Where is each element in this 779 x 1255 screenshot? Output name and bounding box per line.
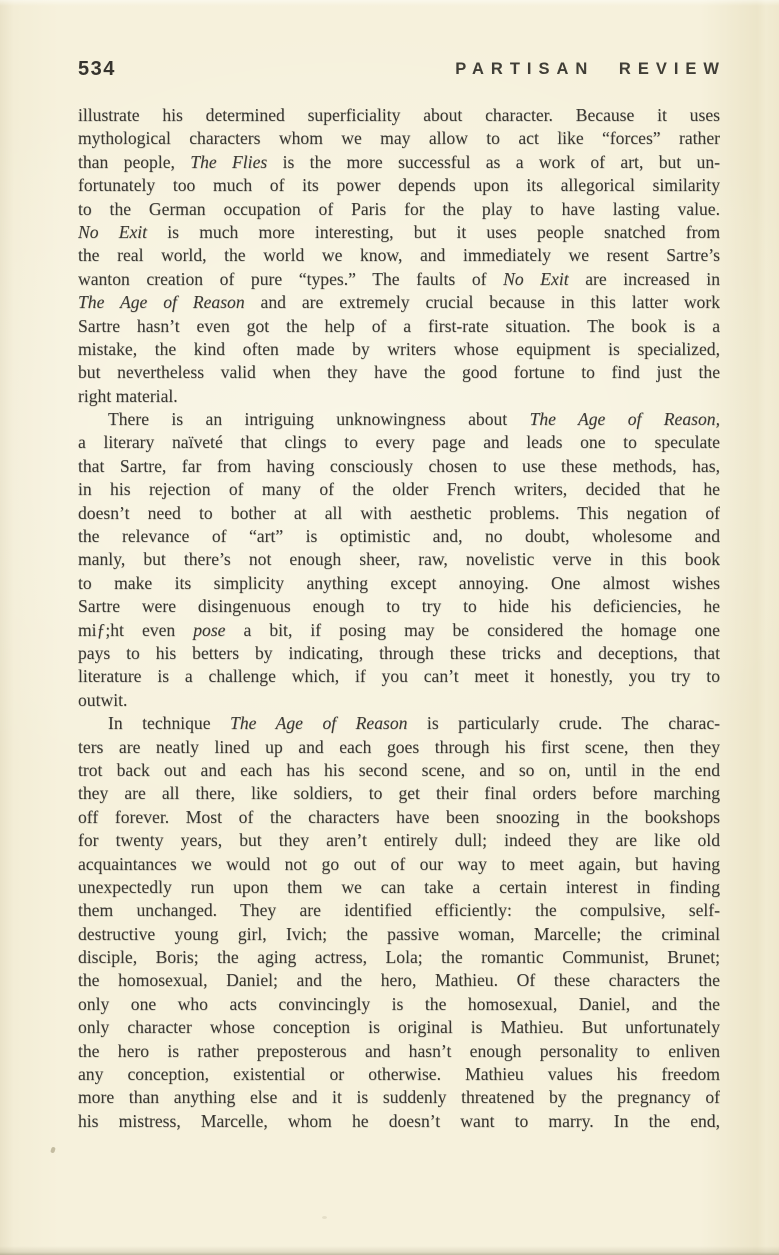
body-text: fortunately too much of its power depend… xyxy=(78,175,720,195)
text-line: to the German occupation of Paris for th… xyxy=(78,198,720,221)
body-text: right material. xyxy=(78,386,178,406)
body-text: they are all there, like soldiers, to ge… xyxy=(78,783,720,803)
body-text: a literary naïveté that clings to every … xyxy=(78,432,720,452)
text-line: The Age of Reason and are extremely cruc… xyxy=(78,291,720,314)
italic-text: pose xyxy=(193,620,225,640)
text-line: they are all there, like soldiers, to ge… xyxy=(78,782,720,805)
text-line: mythological characters whom we may allo… xyxy=(78,127,720,150)
text-line: illustrate his determined superficiality… xyxy=(78,104,720,127)
text-line: literature is a challenge which, if you … xyxy=(78,665,720,688)
journal-title: PARTISAN REVIEW xyxy=(455,60,726,79)
body-text: literature is a challenge which, if you … xyxy=(78,666,720,686)
body-text: pays to his betters by indicating, throu… xyxy=(78,643,720,663)
text-line: disciple, Boris; the aging actress, Lola… xyxy=(78,946,720,969)
text-line: Sartre were disingenuous enough to try t… xyxy=(78,595,720,618)
body-text: is the more successful as a work of art,… xyxy=(267,152,720,172)
text-line: mistake, the kind often made by writers … xyxy=(78,338,720,361)
text-line: destructive young girl, Ivich; the passi… xyxy=(78,923,720,946)
text-line: ters are neatly lined up and each goes t… xyxy=(78,736,720,759)
text-line: manly, but there’s not enough sheer, raw… xyxy=(78,548,720,571)
text-line: unexpectedly run upon them we can take a… xyxy=(78,876,720,899)
italic-text: No Exit xyxy=(78,222,147,242)
body-text: any conception, existential or otherwise… xyxy=(78,1064,720,1084)
text-line: the hero is rather preposterous and hasn… xyxy=(78,1040,720,1063)
body-text: disciple, Boris; the aging actress, Lola… xyxy=(78,947,720,967)
text-line: that Sartre, far from having consciously… xyxy=(78,455,720,478)
text-line: only character whose conception is origi… xyxy=(78,1016,720,1039)
body-text: trot back out and each has his second sc… xyxy=(78,760,720,780)
text-line: miƒ;ht even pose a bit, if posing may be… xyxy=(78,619,720,642)
body-text: outwit. xyxy=(78,690,127,710)
body-text: the real world, the world we know, and i… xyxy=(78,245,720,265)
text-line: but nevertheless valid when they have th… xyxy=(78,361,720,384)
body-text: is much more interesting, but it uses pe… xyxy=(147,222,720,242)
body-text: wanton creation of pure “types.” The fau… xyxy=(78,269,503,289)
text-line: doesn’t need to bother at all with aesth… xyxy=(78,502,720,525)
body-text: is particularly crude. The charac- xyxy=(407,713,720,733)
body-text: and are extremely crucial because in thi… xyxy=(245,292,720,312)
text-line: only one who acts convincingly is the ho… xyxy=(78,993,720,1016)
text-line: right material. xyxy=(78,385,720,408)
body-text: off forever. Most of the characters have… xyxy=(78,807,720,827)
text-line: in his rejection of many of the older Fr… xyxy=(78,478,720,501)
text-line: his mistress, Marcelle, whom he doesn’t … xyxy=(78,1110,720,1133)
text-line: outwit. xyxy=(78,689,720,712)
text-line: the relevance of “art” is optimistic and… xyxy=(78,525,720,548)
body-text: them unchanged. They are identified effi… xyxy=(78,900,720,920)
body-text: to make its simplicity anything except a… xyxy=(78,573,720,593)
body-text: in his rejection of many of the older Fr… xyxy=(78,479,720,499)
text-line: fortunately too much of its power depend… xyxy=(78,174,720,197)
text-line: them unchanged. They are identified effi… xyxy=(78,899,720,922)
page-header: 534 PARTISAN REVIEW xyxy=(78,58,720,84)
body-text: acquaintances we would not go out of our… xyxy=(78,854,720,874)
body-text: are increased in xyxy=(569,269,720,289)
body-text: ters are neatly lined up and each goes t… xyxy=(78,737,720,757)
body-text: only character whose conception is origi… xyxy=(78,1017,720,1037)
body-text: unexpectedly run upon them we can take a… xyxy=(78,877,720,897)
body-text: doesn’t need to bother at all with aesth… xyxy=(78,503,720,523)
body-text: than people, xyxy=(78,152,190,172)
text-line: more than anything else and it is sudden… xyxy=(78,1086,720,1109)
text-line: any conception, existential or otherwise… xyxy=(78,1063,720,1086)
italic-text: No Exit xyxy=(503,269,568,289)
text-line: the homosexual, Daniel; and the hero, Ma… xyxy=(78,969,720,992)
text-line: off forever. Most of the characters have… xyxy=(78,806,720,829)
text-line: the real world, the world we know, and i… xyxy=(78,244,720,267)
body-text: his mistress, Marcelle, whom he doesn’t … xyxy=(78,1111,720,1131)
body-text: mistake, the kind often made by writers … xyxy=(78,339,720,359)
text-line: acquaintances we would not go out of our… xyxy=(78,853,720,876)
body-text: a bit, if posing may be considered the h… xyxy=(225,620,720,640)
text-line: than people, The Flies is the more succe… xyxy=(78,151,720,174)
body-text: manly, but there’s not enough sheer, raw… xyxy=(78,549,720,569)
body-text: There is an intriguing unknowingness abo… xyxy=(108,409,530,429)
italic-text: The Age of Reason xyxy=(230,713,407,733)
body-text: mythological characters whom we may allo… xyxy=(78,128,720,148)
italic-text: The Flies xyxy=(190,152,267,172)
body-text: only one who acts convincingly is the ho… xyxy=(78,994,720,1014)
text-line: to make its simplicity anything except a… xyxy=(78,572,720,595)
body-text: In technique xyxy=(108,713,230,733)
text-line: Sartre hasn’t even got the help of a fir… xyxy=(78,315,720,338)
text-line: wanton creation of pure “types.” The fau… xyxy=(78,268,720,291)
text-line: In technique The Age of Reason is partic… xyxy=(78,712,720,735)
text-line: a literary naïveté that clings to every … xyxy=(78,431,720,454)
text-line: There is an intriguing unknowingness abo… xyxy=(78,408,720,431)
body-text: for twenty years, but they aren’t entire… xyxy=(78,830,720,850)
body-text: Sartre were disingenuous enough to try t… xyxy=(78,596,720,616)
text-line: pays to his betters by indicating, throu… xyxy=(78,642,720,665)
body-text: that Sartre, far from having consciously… xyxy=(78,456,720,476)
text-line: trot back out and each has his second sc… xyxy=(78,759,720,782)
italic-text: The Age of Reason xyxy=(78,292,245,312)
body-text: illustrate his determined superficiality… xyxy=(78,105,720,125)
italic-text: The Age of Reason, xyxy=(530,409,720,429)
body-text: destructive young girl, Ivich; the passi… xyxy=(78,924,720,944)
body-text: but nevertheless valid when they have th… xyxy=(78,362,720,382)
body-text: miƒ;ht even xyxy=(78,620,193,640)
text-line: No Exit is much more interesting, but it… xyxy=(78,221,720,244)
page-body: illustrate his determined superficiality… xyxy=(78,104,720,1133)
body-text: the relevance of “art” is optimistic and… xyxy=(78,526,720,546)
scan-speck xyxy=(50,1147,56,1154)
body-text: Sartre hasn’t even got the help of a fir… xyxy=(78,316,720,336)
text-line: for twenty years, but they aren’t entire… xyxy=(78,829,720,852)
scan-speck xyxy=(322,1216,327,1219)
page-number: 534 xyxy=(78,58,116,81)
body-text: to the German occupation of Paris for th… xyxy=(78,199,720,219)
body-text: more than anything else and it is sudden… xyxy=(78,1087,720,1107)
body-text: the hero is rather preposterous and hasn… xyxy=(78,1041,720,1061)
body-text: the homosexual, Daniel; and the hero, Ma… xyxy=(78,970,720,990)
scanned-page: 534 PARTISAN REVIEW illustrate his deter… xyxy=(0,0,779,1255)
